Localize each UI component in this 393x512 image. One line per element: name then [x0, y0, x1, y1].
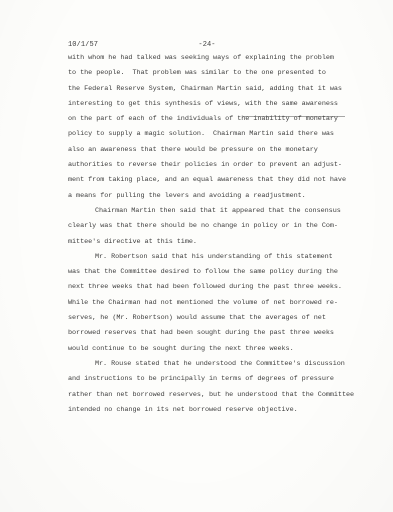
text-line: rather than net borrowed reserves, but h… [68, 388, 368, 403]
text-line: would continue to be sought during the n… [68, 342, 368, 357]
document-body: with whom he had talked was seeking ways… [68, 51, 368, 418]
text-line: to the people. That problem was similar … [68, 66, 368, 81]
text-line: also an awareness that there would be pr… [68, 143, 368, 158]
text-line: Mr. Robertson said that his understandin… [68, 250, 368, 265]
document-page: 10/1/57 -24- with whom he had talked was… [0, 0, 393, 512]
text-line: on the part of each of the individuals o… [68, 112, 368, 127]
text-line: ment from taking place, and an equal awa… [68, 173, 368, 188]
text-line: mittee's directive at this time. [68, 235, 368, 250]
text-line: a means for pulling the levers and avoid… [68, 189, 368, 204]
text-line: interesting to get this synthesis of vie… [68, 97, 368, 112]
text-line: serves, he (Mr. Robertson) would assume … [68, 311, 368, 326]
text-line: Mr. Rouse stated that he understood the … [68, 357, 368, 372]
text-line: the Federal Reserve System, Chairman Mar… [68, 82, 368, 97]
text-line: policy to supply a magic solution. Chair… [68, 127, 368, 142]
text-line: authorities to reverse their policies in… [68, 158, 368, 173]
text-line: next three weeks that had been followed … [68, 280, 368, 295]
text-line: intended no change in its net borrowed r… [68, 403, 368, 418]
page-number: -24- [68, 41, 346, 49]
text-line: was that the Committee desired to follow… [68, 265, 368, 280]
text-line: While the Chairman had not mentioned the… [68, 296, 368, 311]
text-line: clearly was that there should be no chan… [68, 219, 368, 234]
text-line: with whom he had talked was seeking ways… [68, 51, 368, 66]
text-line: Chairman Martin then said that it appear… [68, 204, 368, 219]
text-line: borrowed reserves that had been sought d… [68, 326, 368, 341]
text-line: and instructions to be principally in te… [68, 372, 368, 387]
